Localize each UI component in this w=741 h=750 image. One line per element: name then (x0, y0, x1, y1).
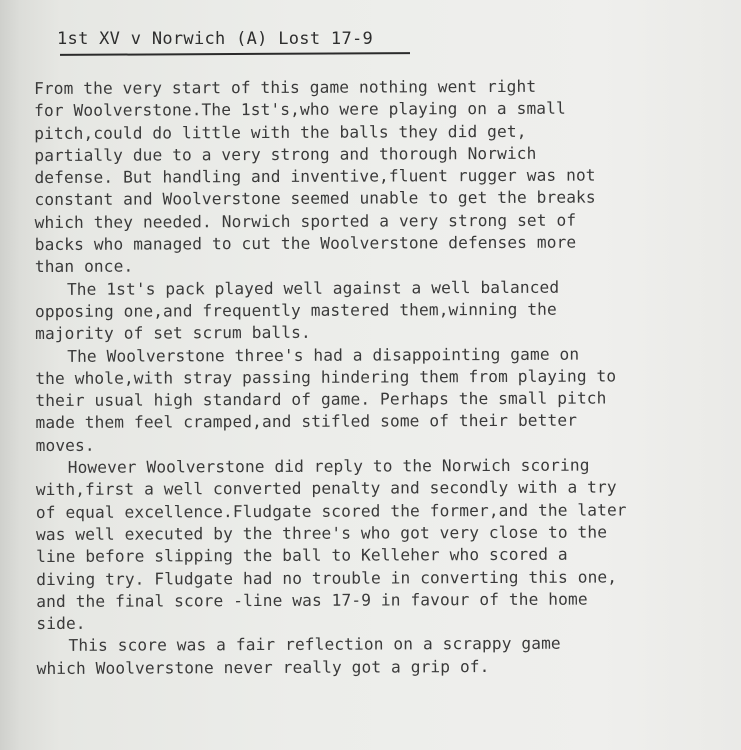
report-line: was well executed by the three's who got… (36, 521, 736, 546)
report-line: However Woolverstone did reply to the No… (36, 454, 736, 479)
report-line: The 1st's pack played well against a wel… (35, 276, 735, 301)
report-line: partially due to a very strong and thoro… (34, 142, 734, 167)
report-line: made them feel cramped,and stifled some … (35, 409, 735, 434)
report-line: backs who managed to cut the Woolverston… (35, 231, 735, 256)
report-line: which they needed. Norwich sported a ver… (35, 209, 735, 234)
report-line: moves. (36, 432, 736, 457)
report-line: for Woolverstone.The 1st's,who were play… (34, 97, 734, 122)
report-line: From the very start of this game nothing… (34, 75, 734, 100)
report-line: which Woolverstone never really got a gr… (37, 655, 737, 680)
report-line: majority of set scrum balls. (35, 320, 735, 345)
report-line: line before slipping the ball to Kellehe… (36, 543, 736, 568)
report-line: their usual high standard of game. Perha… (35, 387, 735, 412)
report-line: opposing one,and frequently mastered the… (35, 298, 735, 323)
title-underline (60, 52, 410, 56)
report-line: This score was a fair reflection on a sc… (36, 632, 736, 657)
report-line: diving try. Fludgate had no trouble in c… (36, 565, 736, 590)
report-line: and the final score -line was 17-9 in fa… (36, 588, 736, 613)
report-line: with,first a well converted penalty and … (36, 476, 736, 501)
report-line: pitch,could do little with the balls the… (34, 120, 734, 145)
match-report-body: From the very start of this game nothing… (34, 75, 737, 680)
report-line: side. (36, 610, 736, 635)
typewritten-page: 1st XV v Norwich (A) Lost 17-9 From the … (0, 0, 741, 750)
report-line: defense. But handling and inventive,flue… (34, 164, 734, 189)
report-line: than once. (35, 253, 735, 278)
report-line: of equal excellence.Fludgate scored the … (36, 499, 736, 524)
match-title: 1st XV v Norwich (A) Lost 17-9 (57, 29, 373, 49)
report-line: constant and Woolverstone seemed unable … (34, 186, 734, 211)
report-line: The Woolverstone three's had a disappoin… (35, 343, 735, 368)
report-line: the whole,with stray passing hindering t… (35, 365, 735, 390)
